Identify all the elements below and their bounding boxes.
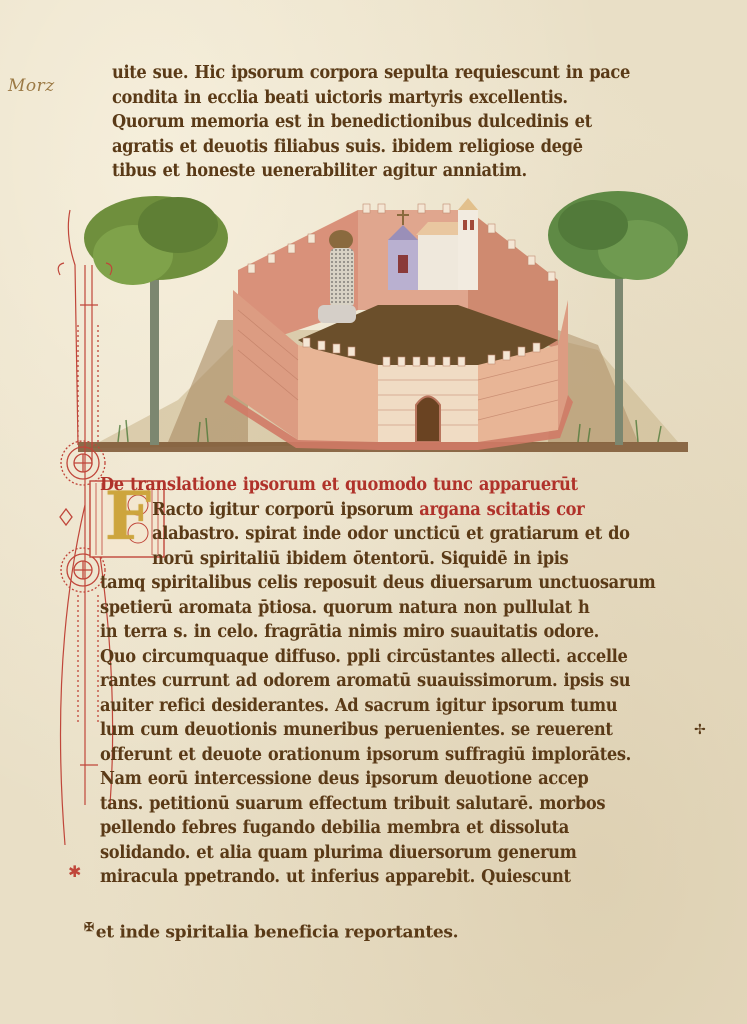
bottom-insertion-note: ✠et inde spiritalia beneficia reportante… <box>84 920 458 943</box>
text-line: Quorum memoria est in benedictionibus du… <box>112 110 651 135</box>
text-line: spetierū aromata p̄tiosa. quorum natura … <box>100 596 667 621</box>
text-line: Nam eorū intercessione deus ipsorum deuo… <box>100 767 667 792</box>
text-line: lum cum deuotionis muneribus perueniente… <box>100 718 667 743</box>
text-line: tans. petitionū suarum effectum tribuit … <box>100 792 667 817</box>
text-line: miracula ppetrando. ut inferius apparebi… <box>100 865 667 890</box>
bottom-note-text: et inde spiritalia beneficia reportantes… <box>96 923 459 943</box>
text-line: Quo circumquaque diffuso. ppli circūstan… <box>100 645 667 670</box>
text-line: tamq spiritalibus celis reposuit deus di… <box>100 571 667 596</box>
text-line: agratis et deuotis filiabus suis. ibidem… <box>112 135 651 160</box>
text-line-start: Racto igitur corporū ipsorum <box>152 500 413 520</box>
text-line: Racto igitur corporū ipsorum argana scit… <box>100 498 667 523</box>
rubric-tail: argana scitatis cor <box>413 500 584 520</box>
insertion-mark-icon: ✠ <box>84 920 94 934</box>
text-line: offerunt et deuote orationum ipsorum suf… <box>100 743 667 768</box>
text-line: solidando. et alia quam plurima diuersor… <box>100 841 667 866</box>
rubric-heading: De translatione ipsorum et quomodo tunc … <box>100 473 667 498</box>
text-line: condita in ecclia beati uictoris martyri… <box>112 86 651 111</box>
text-line: rantes currunt ad odorem aromatū suauiss… <box>100 669 667 694</box>
miniature-illustration <box>78 180 688 455</box>
margin-annotation: Morz <box>8 76 55 96</box>
text-line: uite sue. Hic ipsorum corpora sepulta re… <box>112 61 651 86</box>
manuscript-page: Morz uite sue. Hic ipsorum corpora sepul… <box>0 0 747 1024</box>
text-line: alabastro. spirat inde odor uncticū et g… <box>100 522 667 547</box>
main-text-block: De translatione ipsorum et quomodo tunc … <box>100 473 710 890</box>
text-line: norū spiritaliū ibidem ōtentorū. Siquidē… <box>100 547 667 572</box>
text-line: auiter refici desiderantes. Ad sacrum ig… <box>100 694 667 719</box>
insertion-mark: ✢ <box>694 722 706 738</box>
text-line: in terra s. in celo. fragrātia nimis mir… <box>100 620 667 645</box>
top-text-block: uite sue. Hic ipsorum corpora sepulta re… <box>112 61 692 184</box>
text-line: pellendo febres fugando debilia membra e… <box>100 816 667 841</box>
svg-text:✱: ✱ <box>68 862 81 881</box>
